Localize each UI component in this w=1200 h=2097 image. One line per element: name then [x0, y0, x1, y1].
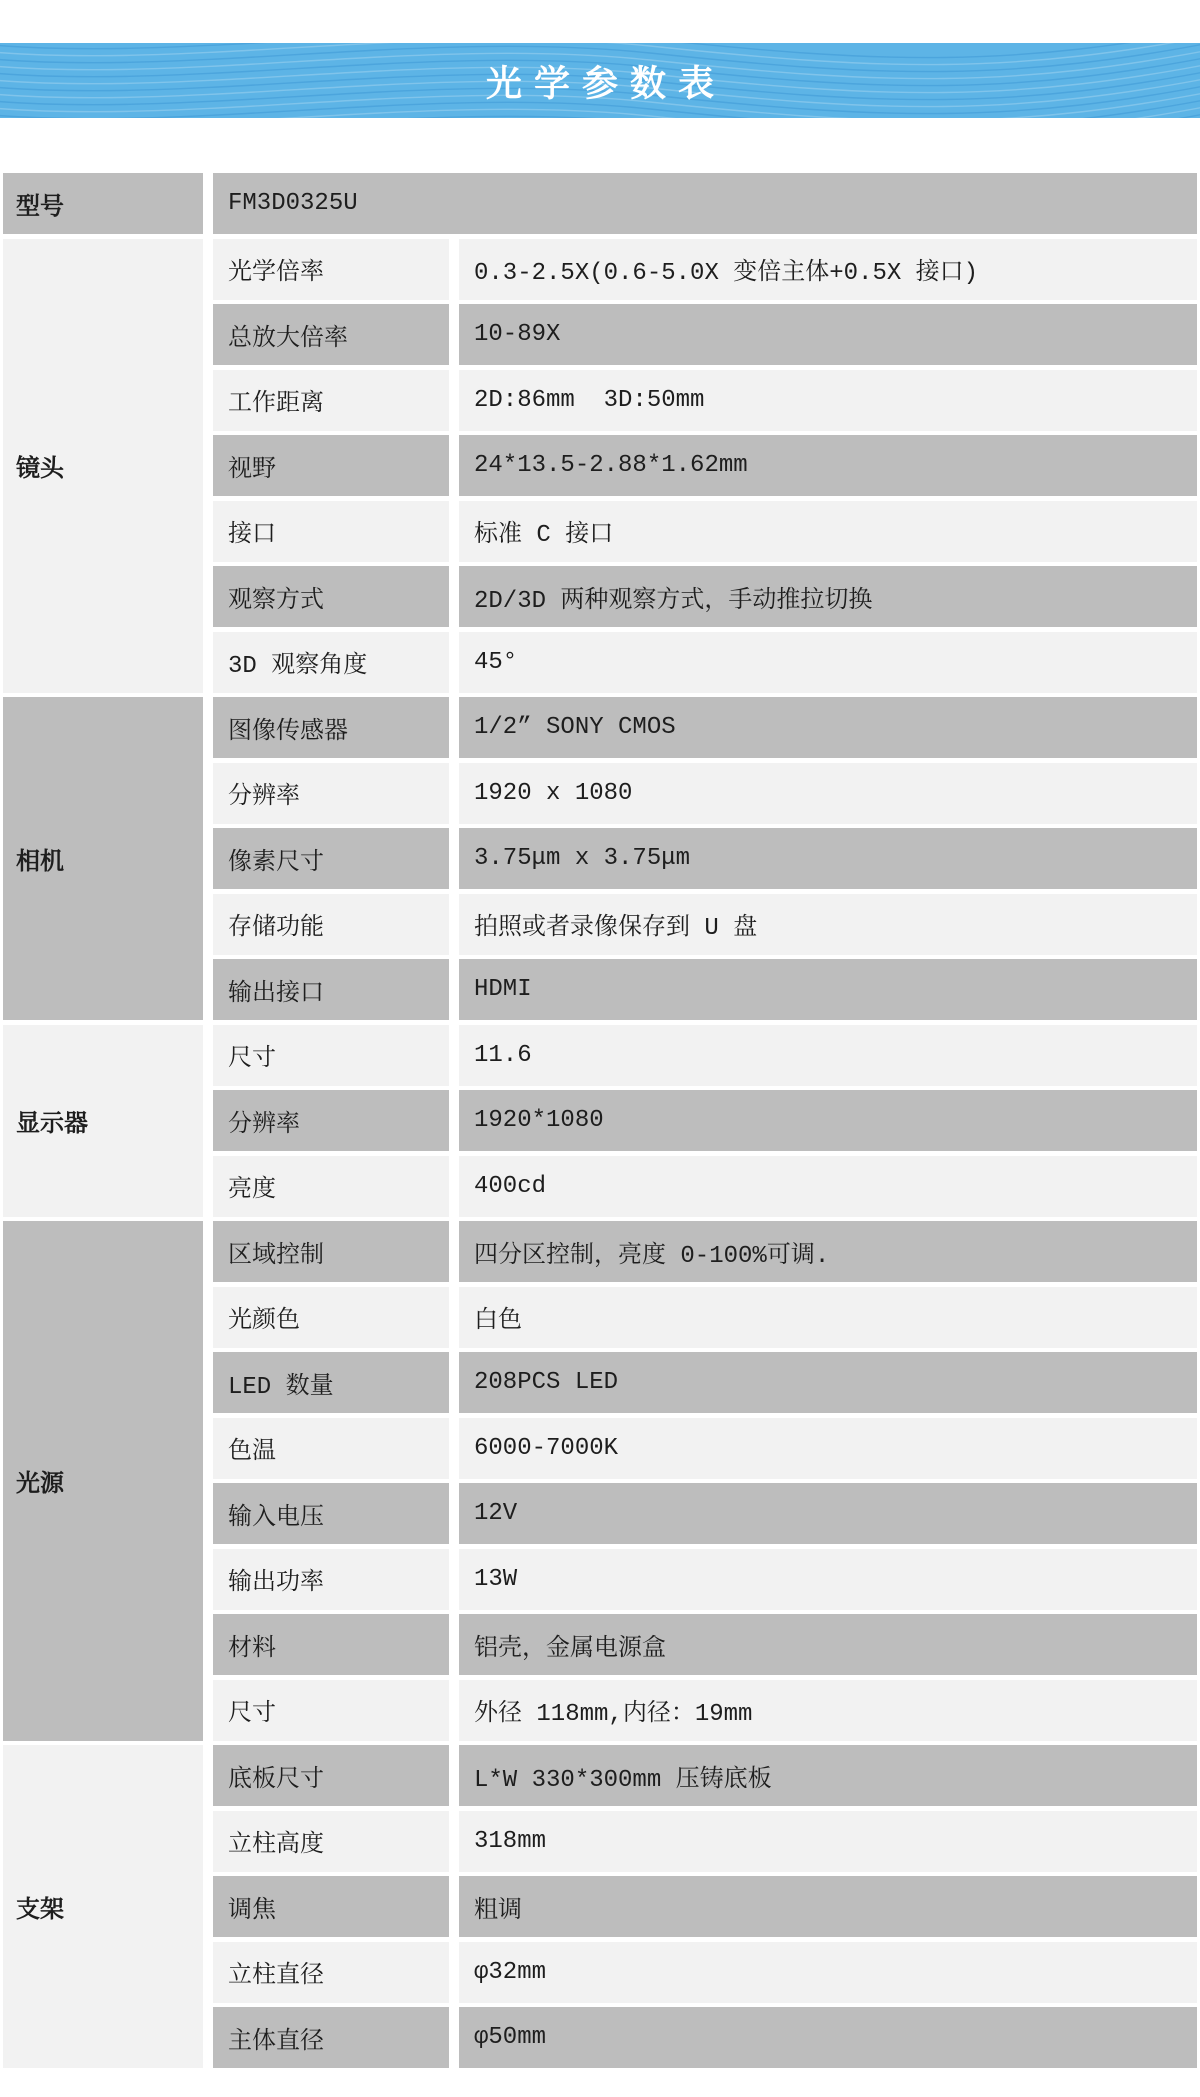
spec-value-cell: 1920 x 1080 — [459, 763, 1197, 824]
spec-label-cell: 总放大倍率 — [213, 304, 449, 365]
spec-label-cell: 输出接口 — [213, 959, 449, 1020]
spec-value-cell: 铝壳，金属电源盒 — [459, 1614, 1197, 1675]
spec-value-cell: φ50mm — [459, 2007, 1197, 2068]
spec-label-cell: 材料 — [213, 1614, 449, 1675]
spec-label-cell: 光学倍率 — [213, 239, 449, 300]
header-banner: 光学参数表 — [0, 43, 1200, 118]
spec-value-cell: 11.6 — [459, 1025, 1197, 1086]
spec-label-cell: LED 数量 — [213, 1352, 449, 1413]
spec-table: 型号FM3D0325U镜头光学倍率0.3-2.5X(0.6-5.0X 变倍主体+… — [3, 173, 1197, 2068]
spec-label-cell: 尺寸 — [213, 1025, 449, 1086]
spec-value-cell: 2D:86mm 3D:50mm — [459, 370, 1197, 431]
spec-label-cell: 分辨率 — [213, 763, 449, 824]
spec-value-cell: 0.3-2.5X(0.6-5.0X 变倍主体+0.5X 接口) — [459, 239, 1197, 300]
spec-label-cell: 观察方式 — [213, 566, 449, 627]
spec-value-cell: 45° — [459, 632, 1197, 693]
spec-label-cell: 输出功率 — [213, 1549, 449, 1610]
spec-value-cell: 208PCS LED — [459, 1352, 1197, 1413]
spec-label-cell: 工作距离 — [213, 370, 449, 431]
spec-value-cell: 3.75μm x 3.75μm — [459, 828, 1197, 889]
spec-label-cell: 分辨率 — [213, 1090, 449, 1151]
group-cell-3: 光源 — [3, 1221, 203, 1741]
spec-label-cell: 立柱直径 — [213, 1942, 449, 2003]
spec-value-cell: L*W 330*300mm 压铸底板 — [459, 1745, 1197, 1806]
spec-value-cell: HDMI — [459, 959, 1197, 1020]
spec-value-cell: 10-89X — [459, 304, 1197, 365]
spec-value-cell: 粗调 — [459, 1876, 1197, 1937]
spec-value-cell: 白色 — [459, 1287, 1197, 1348]
group-cell-0: 镜头 — [3, 239, 203, 693]
spec-label-cell: 区域控制 — [213, 1221, 449, 1282]
spec-label-cell: 视野 — [213, 435, 449, 496]
spec-label-cell: 接口 — [213, 501, 449, 562]
spec-label-cell: 立柱高度 — [213, 1811, 449, 1872]
spec-value-cell: 2D/3D 两种观察方式，手动推拉切换 — [459, 566, 1197, 627]
spec-label-cell: 色温 — [213, 1418, 449, 1479]
spec-value-cell: 13W — [459, 1549, 1197, 1610]
group-cell-2: 显示器 — [3, 1025, 203, 1217]
spec-value-cell: 拍照或者录像保存到 U 盘 — [459, 894, 1197, 955]
spec-label-cell: 底板尺寸 — [213, 1745, 449, 1806]
spec-value-cell: 1920*1080 — [459, 1090, 1197, 1151]
spec-label-cell: 主体直径 — [213, 2007, 449, 2068]
spec-value-cell: 400cd — [459, 1156, 1197, 1217]
spec-label-cell: 输入电压 — [213, 1483, 449, 1544]
spec-label-cell: 调焦 — [213, 1876, 449, 1937]
spec-label-cell: 像素尺寸 — [213, 828, 449, 889]
spec-value-cell: 标准 C 接口 — [459, 501, 1197, 562]
spec-value-cell: 12V — [459, 1483, 1197, 1544]
model-label-cell: 型号 — [3, 173, 203, 234]
spec-value-cell: φ32mm — [459, 1942, 1197, 2003]
spec-label-cell: 尺寸 — [213, 1680, 449, 1741]
model-value-cell: FM3D0325U — [213, 173, 1197, 234]
spec-value-cell: 6000-7000K — [459, 1418, 1197, 1479]
page-title: 光学参数表 — [0, 55, 1200, 106]
spec-label-cell: 亮度 — [213, 1156, 449, 1217]
group-cell-4: 支架 — [3, 1745, 203, 2068]
spec-value-cell: 318mm — [459, 1811, 1197, 1872]
spec-label-cell: 光颜色 — [213, 1287, 449, 1348]
spec-label-cell: 存储功能 — [213, 894, 449, 955]
group-cell-1: 相机 — [3, 697, 203, 1020]
spec-label-cell: 3D 观察角度 — [213, 632, 449, 693]
spec-value-cell: 外径 118mm,内径：19mm — [459, 1680, 1197, 1741]
spec-value-cell: 24*13.5-2.88*1.62mm — [459, 435, 1197, 496]
spec-value-cell: 四分区控制，亮度 0-100%可调. — [459, 1221, 1197, 1282]
spec-value-cell: 1/2” SONY CMOS — [459, 697, 1197, 758]
spec-label-cell: 图像传感器 — [213, 697, 449, 758]
